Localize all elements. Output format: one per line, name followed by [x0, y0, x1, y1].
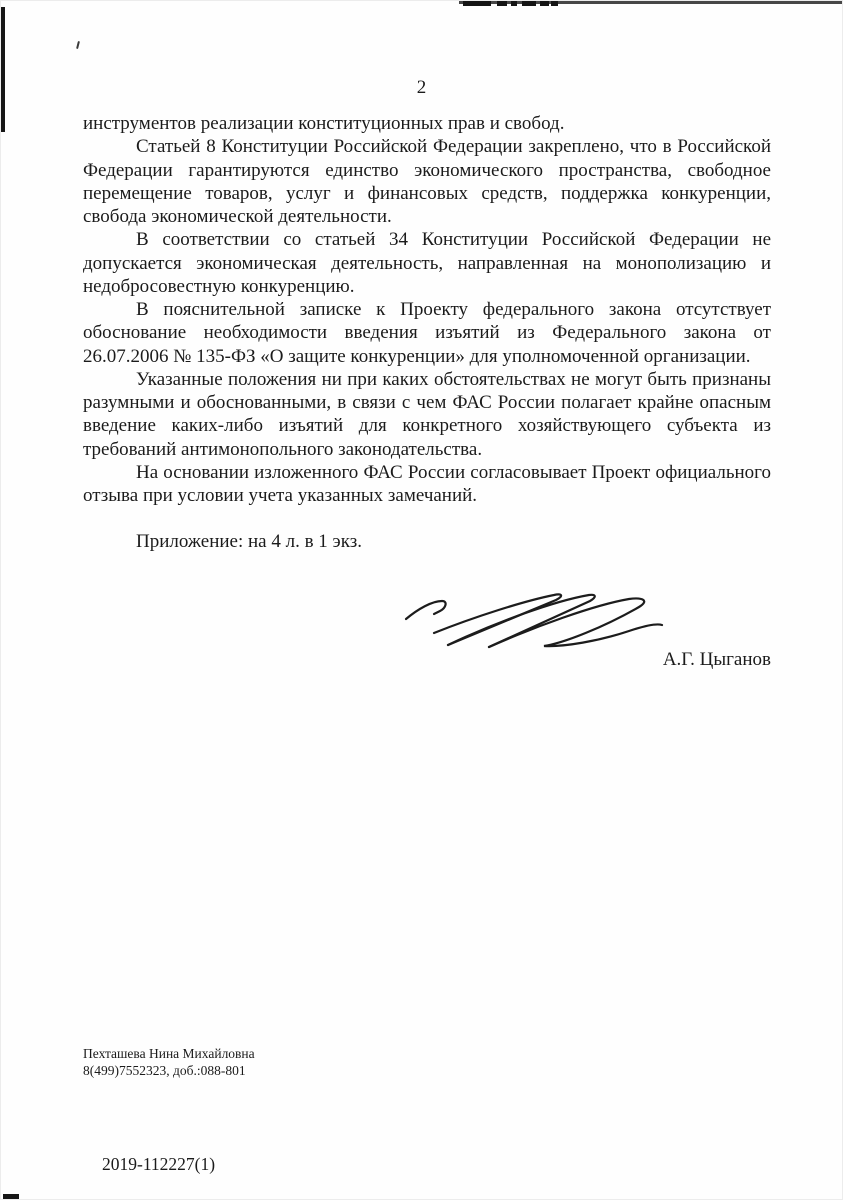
paragraph: Статьей 8 Конституции Российской Федерац… [83, 135, 771, 228]
paragraph-continuation: инструментов реализации конституционных … [83, 112, 771, 135]
scan-artifact-left-edge [1, 7, 5, 132]
scan-artifact-top-dash [511, 1, 517, 6]
scan-artifact-top-dash [522, 1, 536, 6]
scan-artifact-bottom-left [3, 1194, 19, 1200]
attachment-line: Приложение: на 4 л. в 1 экз. [83, 530, 771, 553]
scan-artifact-top-dash [463, 1, 491, 6]
scan-artifact-top-dash [551, 1, 558, 6]
executor-phone: 8(499)7552323, доб.:088-801 [83, 1062, 255, 1079]
document-id: 2019-112227(1) [102, 1154, 215, 1175]
signatory-name: А.Г. Цыганов [83, 649, 771, 671]
paragraph: В пояснительной записке к Проекту федера… [83, 298, 771, 368]
paragraph: В соответствии со статьей 34 Конституции… [83, 228, 771, 298]
paragraph: Указанные положения ни при каких обстоят… [83, 368, 771, 461]
paragraph: На основании изложенного ФАС России согл… [83, 461, 771, 508]
scan-artifact-top-dash [540, 1, 549, 6]
document-page: 2 инструментов реализации конституционны… [0, 0, 843, 1200]
letter-body: инструментов реализации конституционных … [83, 112, 771, 554]
signature-scribble [404, 583, 669, 658]
page-number: 2 [1, 77, 842, 99]
executor-contact: Пехташева Нина Михайловна 8(499)7552323,… [83, 1045, 255, 1079]
scan-artifact-top-dash [497, 1, 507, 6]
executor-name: Пехташева Нина Михайловна [83, 1045, 255, 1062]
scan-artifact-speck [76, 41, 80, 49]
